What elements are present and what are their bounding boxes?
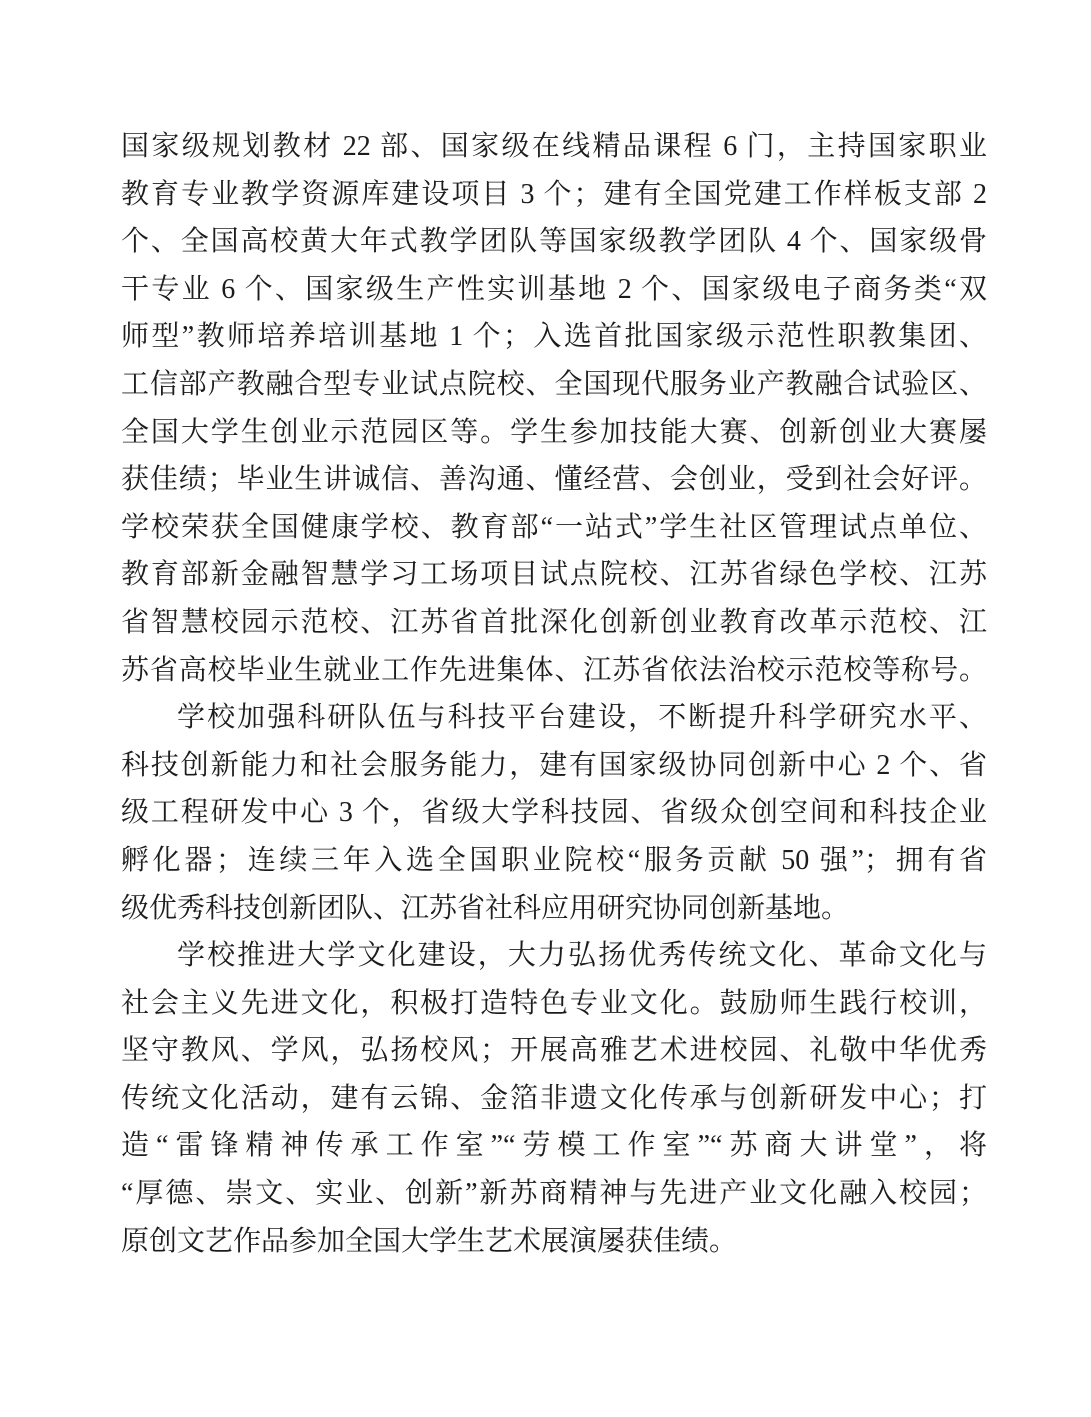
paragraph: 学校加强科研队伍与科技平台建设，不断提升科学研究水平、科技创新能力和社会服务能力…: [121, 694, 987, 932]
text-line: 国家级规划教材 22 部、国家级在线精品课程 6 门，主持国家职业: [121, 123, 987, 171]
text-line: 工信部产教融合型专业试点院校、全国现代服务业产教融合试验区、: [121, 361, 987, 409]
text-line: 传统文化活动，建有云锦、金箔非遗文化传承与创新研发中心；打: [121, 1075, 987, 1123]
text-line: 科技创新能力和社会服务能力，建有国家级协同创新中心 2 个、省: [121, 742, 987, 790]
text-line: 师型”教师培养培训基地 1 个；入选首批国家级示范性职教集团、: [121, 313, 987, 361]
text-line: 学校推进大学文化建设，大力弘扬优秀传统文化、革命文化与: [121, 932, 987, 980]
text-line: “厚德、崇文、实业、创新”新苏商精神与先进产业文化融入校园；: [121, 1170, 987, 1218]
text-line: 学校荣获全国健康学校、教育部“一站式”学生社区管理试点单位、: [121, 504, 987, 552]
text-line: 原创文艺作品参加全国大学生艺术展演屡获佳绩。: [121, 1218, 987, 1266]
text-line: 孵化器；连续三年入选全国职业院校“服务贡献 50 强”；拥有省: [121, 837, 987, 885]
text-line: 教育专业教学资源库建设项目 3 个；建有全国党建工作样板支部 2: [121, 171, 987, 219]
document-body: 国家级规划教材 22 部、国家级在线精品课程 6 门，主持国家职业教育专业教学资…: [121, 123, 987, 1265]
text-line: 学校加强科研队伍与科技平台建设，不断提升科学研究水平、: [121, 694, 987, 742]
text-line: 全国大学生创业示范园区等。学生参加技能大赛、创新创业大赛屡: [121, 409, 987, 457]
paragraph: 学校推进大学文化建设，大力弘扬优秀传统文化、革命文化与社会主义先进文化，积极打造…: [121, 932, 987, 1265]
text-line: 教育部新金融智慧学习工场项目试点院校、江苏省绿色学校、江苏: [121, 551, 987, 599]
text-line: 苏省高校毕业生就业工作先进集体、江苏省依法治校示范校等称号。: [121, 647, 987, 695]
text-line: 造“雷锋精神传承工作室”“劳模工作室”“苏商大讲堂”，将: [121, 1122, 987, 1170]
text-line: 个、全国高校黄大年式教学团队等国家级教学团队 4 个、国家级骨: [121, 218, 987, 266]
text-line: 级优秀科技创新团队、江苏省社科应用研究协同创新基地。: [121, 885, 987, 933]
paragraph: 国家级规划教材 22 部、国家级在线精品课程 6 门，主持国家职业教育专业教学资…: [121, 123, 987, 694]
text-line: 获佳绩；毕业生讲诚信、善沟通、懂经营、会创业，受到社会好评。: [121, 456, 987, 504]
text-line: 坚守教风、学风，弘扬校风；开展高雅艺术进校园、礼敬中华优秀: [121, 1027, 987, 1075]
document-page: 国家级规划教材 22 部、国家级在线精品课程 6 门，主持国家职业教育专业教学资…: [0, 0, 1091, 1417]
text-line: 省智慧校园示范校、江苏省首批深化创新创业教育改革示范校、江: [121, 599, 987, 647]
text-line: 干专业 6 个、国家级生产性实训基地 2 个、国家级电子商务类“双: [121, 266, 987, 314]
text-line: 社会主义先进文化，积极打造特色专业文化。鼓励师生践行校训，: [121, 980, 987, 1028]
text-line: 级工程研发中心 3 个，省级大学科技园、省级众创空间和科技企业: [121, 789, 987, 837]
